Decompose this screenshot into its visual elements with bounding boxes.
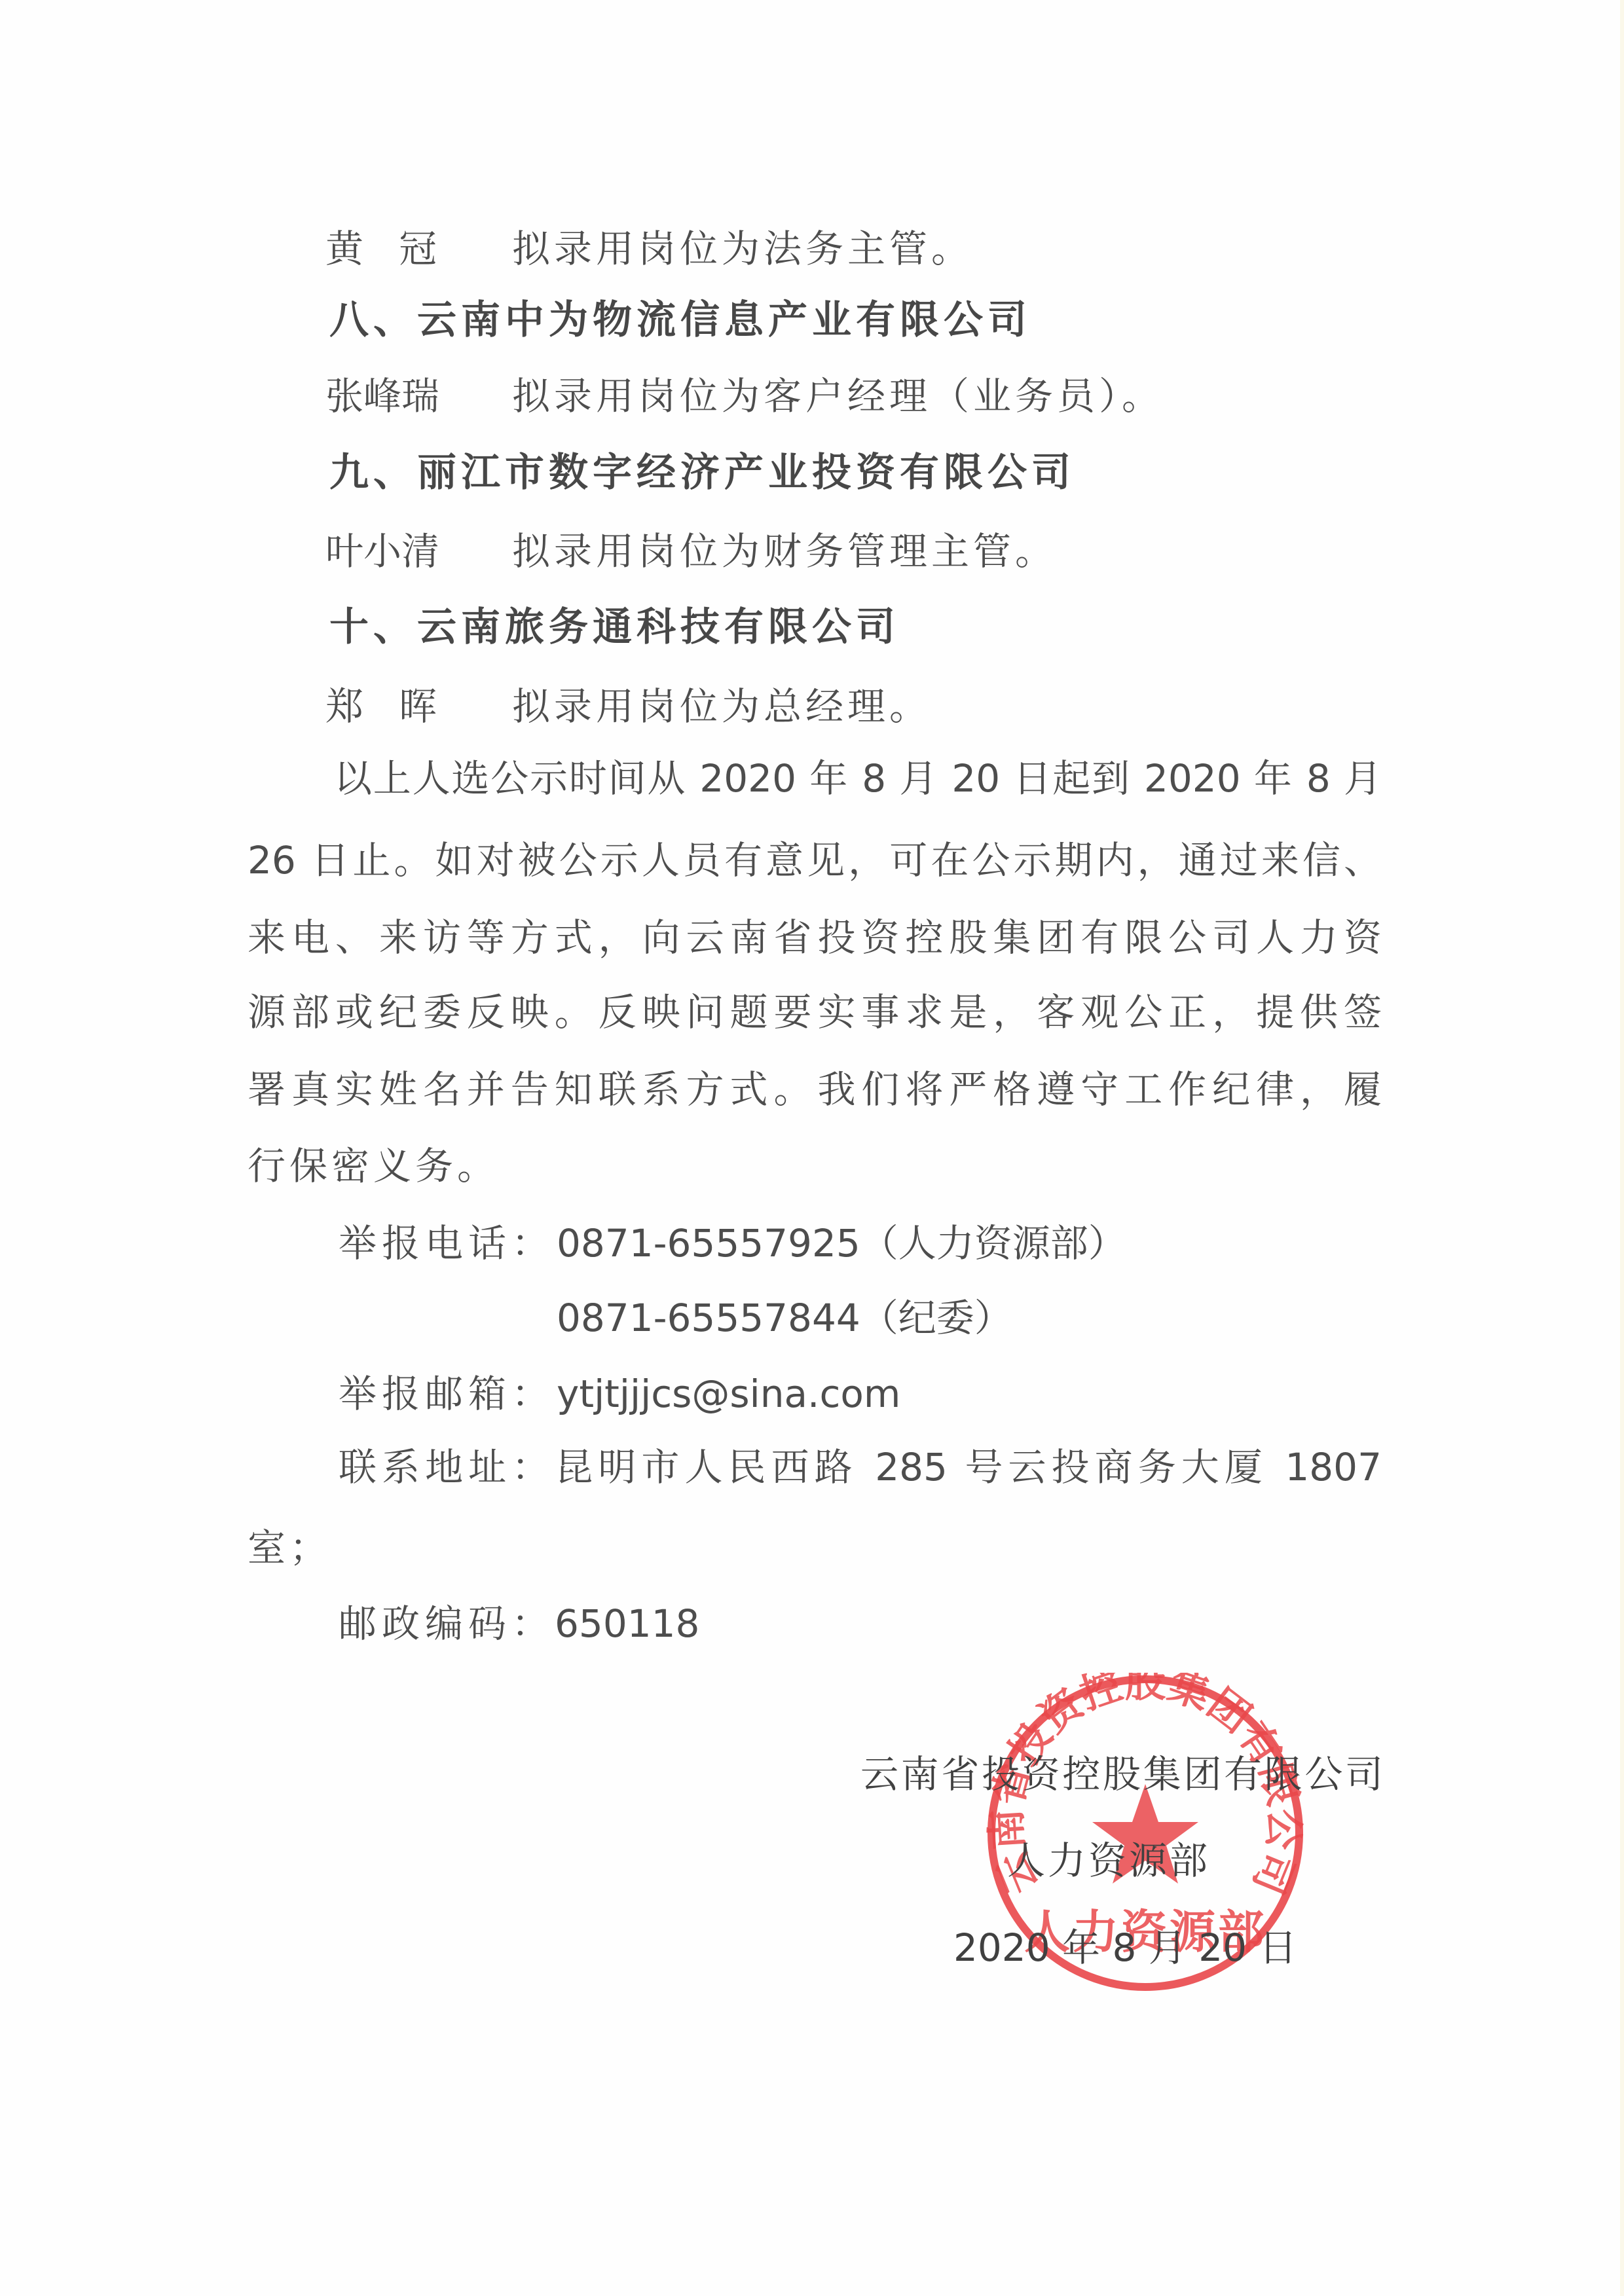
phone-dept: （纪委） [860, 1296, 1012, 1340]
phone-number[interactable]: 0871-65557844 [557, 1296, 860, 1340]
scan-edge [1620, 0, 1624, 2296]
appointment-row: 叶小清拟录用岗位为财务管理主管。 [325, 519, 1057, 584]
candidate-name: 叶小清 [325, 519, 512, 584]
report-email-row: 举报邮箱：ytjtjjjcs@sina.com [339, 1361, 555, 1427]
position-text: 拟录用岗位为法务主管。 [512, 227, 973, 271]
phone-label: 举报电话： [339, 1221, 555, 1266]
position-text: 拟录用岗位为客户经理（业务员）。 [512, 374, 1164, 418]
section-heading: 九、丽江市数字经济产业投资有限公司 [329, 440, 1075, 505]
phone-dept: （人力资源部） [860, 1221, 1126, 1266]
position-text: 拟录用岗位为总经理。 [512, 684, 931, 729]
notice-line: 署真实姓名并告知联系方式。我们将严格遵守工作纪律，履 [248, 1057, 1382, 1122]
postcode-label: 邮政编码： [339, 1601, 555, 1646]
signature-date: 2020 年 8 月 20 日 [953, 1915, 1258, 1980]
address-row-2: 室； [248, 1515, 331, 1580]
section-heading: 八、云南中为物流信息产业有限公司 [329, 287, 1031, 353]
address-row: 联系地址：昆明市人民西路 285 号云投商务大厦 1807 [339, 1434, 1382, 1500]
notice-line: 源部或纪委反映。反映问题要实事求是，客观公正，提供签 [248, 979, 1382, 1045]
signature-organization: 云南省投资控股集团有限公司 [860, 1741, 1383, 1807]
email-label: 举报邮箱： [339, 1372, 555, 1416]
position-text: 拟录用岗位为财务管理主管。 [512, 529, 1057, 574]
appointment-row: 郑晖拟录用岗位为总经理。 [325, 674, 931, 739]
notice-line: 来电、来访等方式，向云南省投资控股集团有限公司人力资 [248, 905, 1382, 970]
notice-line: 行保密义务。 [248, 1133, 499, 1199]
notice-line: 以上人选公示时间从 2020 年 8 月 20 日起到 2020 年 8 月 [334, 746, 1382, 811]
candidate-name: 张峰瑞 [325, 363, 512, 429]
phone-number[interactable]: 0871-65557925 [557, 1221, 860, 1266]
candidate-name: 黄冠 [325, 216, 437, 282]
postcode-row: 邮政编码：650118 [339, 1591, 699, 1656]
section-heading: 十、云南旅务通科技有限公司 [329, 594, 900, 660]
report-phone-row-2: 0871-65557844（纪委） [557, 1285, 1012, 1351]
notice-line: 26 日止。如对被公示人员有意见，可在公示期内，通过来信、 [248, 828, 1382, 893]
email-link[interactable]: ytjtjjjcs@sina.com [557, 1361, 900, 1427]
report-phone-row: 举报电话：0871-65557925（人力资源部） [339, 1211, 555, 1276]
candidate-name: 郑晖 [325, 674, 437, 739]
signature-department: 人力资源部 [1007, 1828, 1208, 1893]
address-label: 联系地址： [339, 1445, 555, 1489]
postcode-value: 650118 [555, 1601, 699, 1646]
phone-value-1: 0871-65557925（人力资源部） [557, 1211, 1126, 1276]
appointment-row: 张峰瑞拟录用岗位为客户经理（业务员）。 [325, 363, 1164, 429]
address-line-1: 昆明市人民西路 285 号云投商务大厦 1807 [555, 1445, 1382, 1489]
appointment-row: 黄冠拟录用岗位为法务主管。 [325, 216, 973, 282]
